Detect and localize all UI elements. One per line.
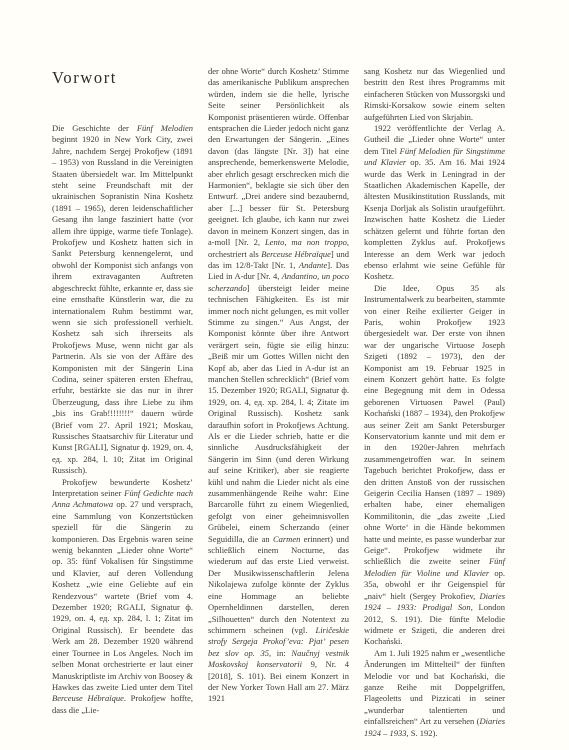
paragraph: Am 1. Juli 1925 nahm er „wesentliche Änd… <box>364 648 505 739</box>
text-run: sang Koshetz nur das Wiegenlied und best… <box>364 66 505 122</box>
text-column-2: der ohne Worte“ durch Koshetz’ Stimme da… <box>208 66 349 739</box>
text-run: der ohne Worte“ durch Koshetz’ Stimme da… <box>208 66 349 247</box>
italic-text-run: Lento, ma non troppo <box>265 237 347 247</box>
text-columns: Die Geschichte der Fünf Melodien beginnt… <box>52 66 505 739</box>
text-run: , S. 192). <box>407 728 438 738</box>
text-run: Am 1. Juli 1925 nahm er „wesentliche Änd… <box>364 648 505 726</box>
italic-text-run: Carmen <box>273 534 300 544</box>
italic-text-run: Fünf Melodien <box>137 123 193 133</box>
book-page: Vorwort Die Geschichte der Fünf Melodien… <box>0 0 569 750</box>
text-run: Die Geschichte der <box>52 123 137 133</box>
text-run: , in: <box>269 648 291 658</box>
paragraph: 1922 veröffentlichte der Verlag A. Guthe… <box>364 123 505 283</box>
italic-text-run: Berceuse Hébraïque <box>52 693 124 703</box>
text-run: erinnert) und schließlich einem Nocturne… <box>208 534 349 635</box>
text-run: op. 27 und versprach, eine Sammlung von … <box>52 499 193 692</box>
paragraph: Prokofjew bewunderte Koshetz’ Interpreta… <box>52 477 193 717</box>
text-run: Die Idee, Opus 35 als Instrumentalwerk z… <box>364 283 505 567</box>
text-run: op. 35. Am 16. Mai 1924 wurde das Werk i… <box>364 157 505 281</box>
italic-text-run: Andante <box>299 260 327 270</box>
text-column-3: sang Koshetz nur das Wiegenlied und best… <box>364 66 505 739</box>
paragraph: sang Koshetz nur das Wiegenlied und best… <box>364 66 505 123</box>
italic-text-run: Berceuse Hébraïque <box>261 249 331 259</box>
text-run: ] übersteigt leider meine technischen Fä… <box>208 283 349 544</box>
text-run: beginnt 1920 in New York City, zwei Jahr… <box>52 134 193 475</box>
text-column-1: Die Geschichte der Fünf Melodien beginnt… <box>52 66 193 739</box>
paragraph: Die Geschichte der Fünf Melodien beginnt… <box>52 123 193 477</box>
paragraph: Die Idee, Opus 35 als Instrumentalwerk z… <box>364 283 505 648</box>
paragraph: der ohne Worte“ durch Koshetz’ Stimme da… <box>208 66 349 705</box>
